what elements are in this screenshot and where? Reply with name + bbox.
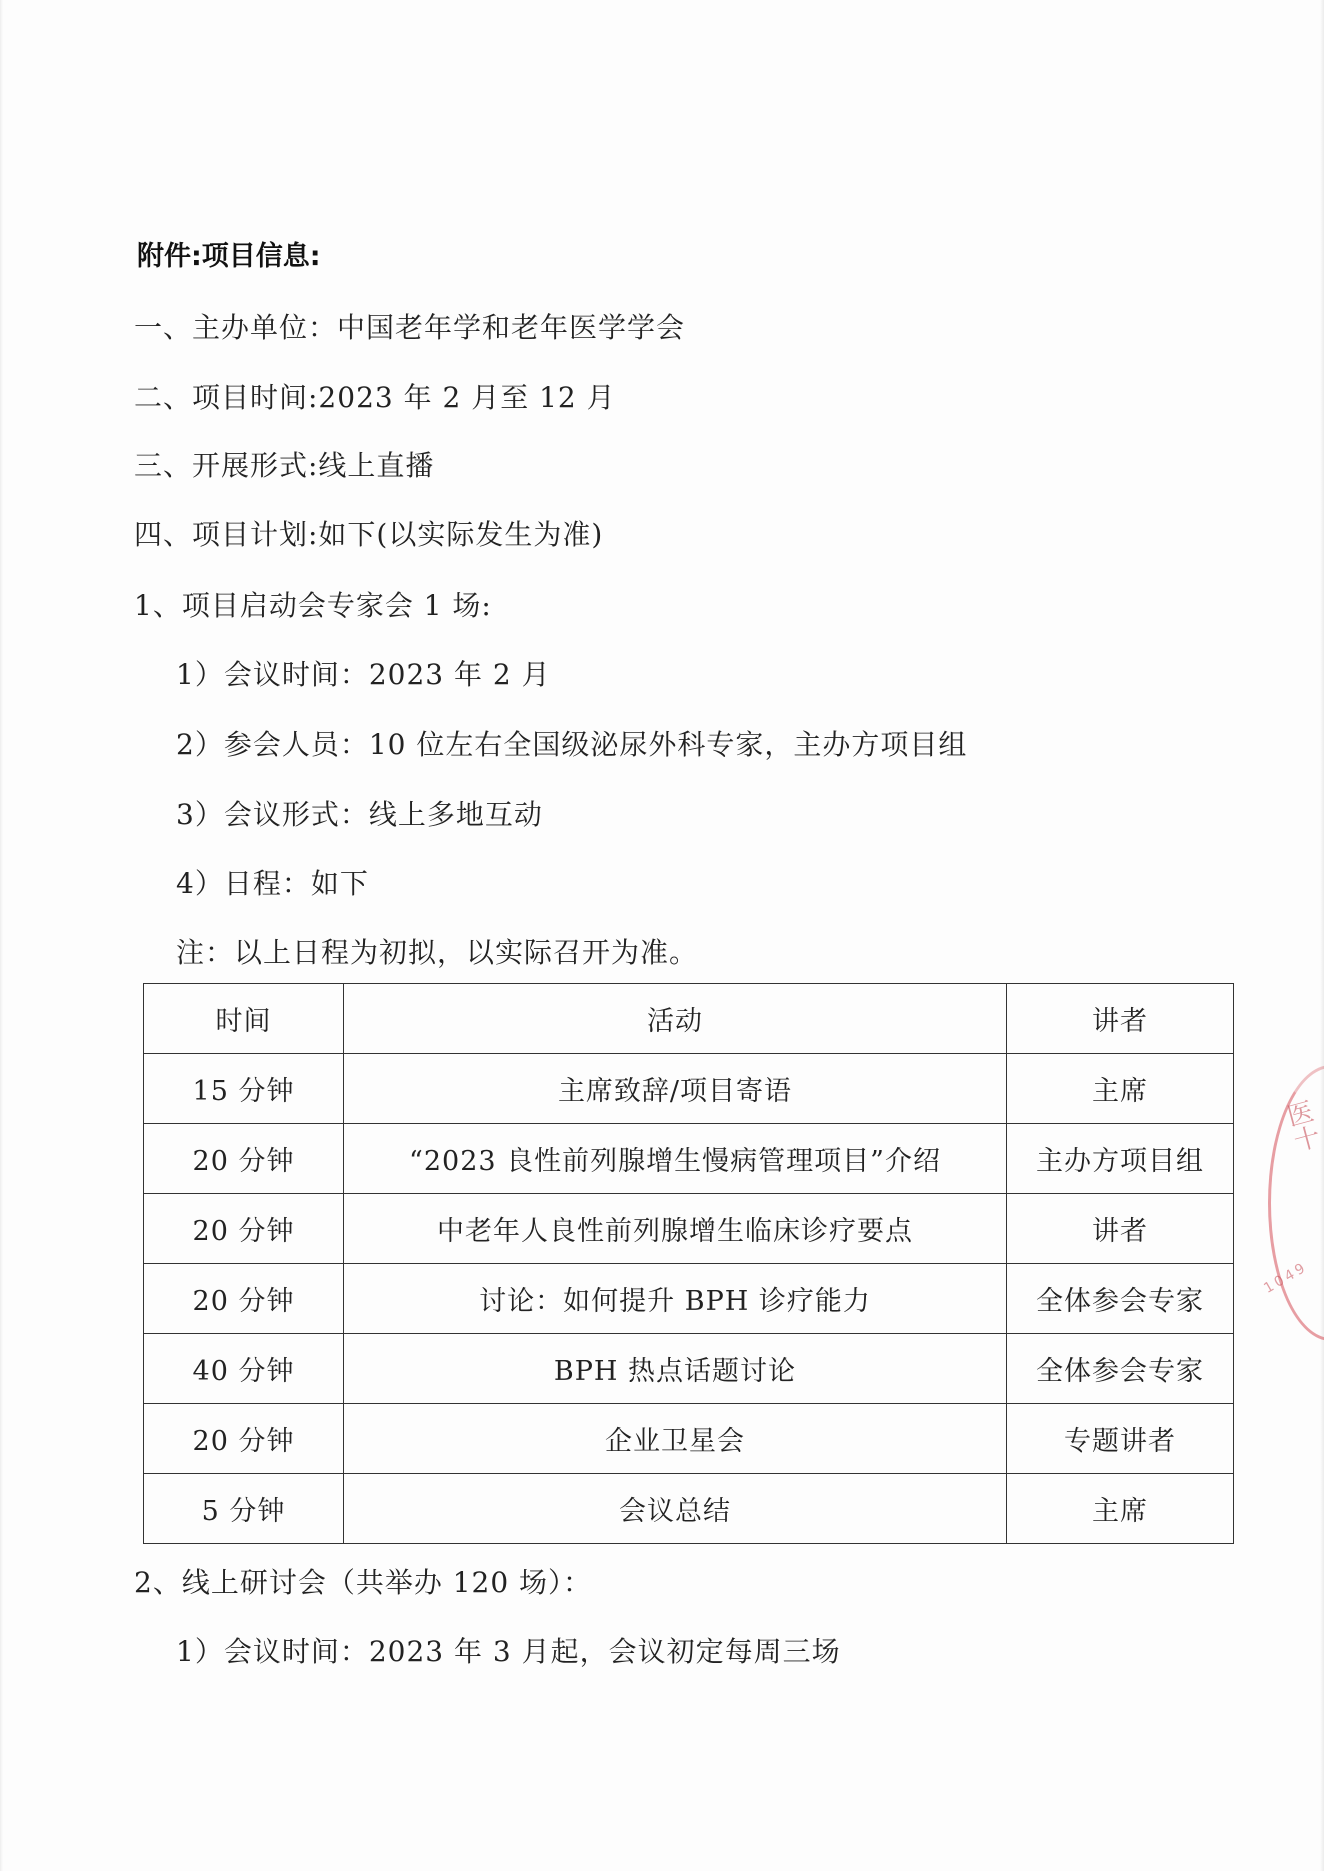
- stamp-text: 医十: [1277, 1096, 1324, 1156]
- table-row: 20 分钟 讨论：如何提升 BPH 诊疗能力 全体参会专家: [144, 1264, 1234, 1334]
- cell-speaker: 专题讲者: [1007, 1404, 1234, 1474]
- kickoff-item-agenda: 4）日程：如下: [176, 866, 369, 902]
- table-row: 20 分钟 “2023 良性前列腺增生慢病管理项目”介绍 主办方项目组: [144, 1124, 1234, 1194]
- cell-time: 40 分钟: [144, 1334, 344, 1404]
- schedule-table: 时间 活动 讲者 15 分钟 主席致辞/项目寄语 主席 20 分钟 “2023 …: [143, 983, 1234, 1544]
- section-period: 二、项目时间:2023 年 2 月至 12 月: [134, 380, 616, 416]
- section-plan: 四、项目计划:如下(以实际发生为准): [134, 517, 603, 553]
- cell-time: 20 分钟: [144, 1264, 344, 1334]
- cell-activity: 主席致辞/项目寄语: [344, 1054, 1007, 1124]
- cell-time: 5 分钟: [144, 1474, 344, 1544]
- document-title: 附件:项目信息:: [137, 239, 321, 275]
- table-row: 20 分钟 企业卫星会 专题讲者: [144, 1404, 1234, 1474]
- kickoff-item-participants: 2）参会人员：10 位左右全国级泌尿外科专家，主办方项目组: [176, 727, 967, 763]
- table-header-row: 时间 活动 讲者: [144, 984, 1234, 1054]
- cell-speaker: 讲者: [1007, 1194, 1234, 1264]
- cell-speaker: 全体参会专家: [1007, 1264, 1234, 1334]
- kickoff-item-time: 1）会议时间：2023 年 2 月: [176, 657, 551, 693]
- cell-speaker: 主办方项目组: [1007, 1124, 1234, 1194]
- cell-activity: “2023 良性前列腺增生慢病管理项目”介绍: [344, 1124, 1007, 1194]
- cell-activity: 会议总结: [344, 1474, 1007, 1544]
- cell-time: 20 分钟: [144, 1404, 344, 1474]
- page-edge-right: [1320, 0, 1324, 1871]
- seminars-item-time: 1）会议时间：2023 年 3 月起，会议初定每周三场: [176, 1634, 841, 1670]
- cell-activity: 企业卫星会: [344, 1404, 1007, 1474]
- section-format: 三、开展形式:线上直播: [134, 448, 434, 484]
- cell-activity: 讨论：如何提升 BPH 诊疗能力: [344, 1264, 1007, 1334]
- cell-activity: 中老年人良性前列腺增生临床诊疗要点: [344, 1194, 1007, 1264]
- stamp-digits: 1049: [1261, 1259, 1310, 1297]
- table-row: 15 分钟 主席致辞/项目寄语 主席: [144, 1054, 1234, 1124]
- cell-time: 15 分钟: [144, 1054, 344, 1124]
- cell-activity: BPH 热点话题讨论: [344, 1334, 1007, 1404]
- table-row: 5 分钟 会议总结 主席: [144, 1474, 1234, 1544]
- cell-speaker: 主席: [1007, 1054, 1234, 1124]
- cell-time: 20 分钟: [144, 1194, 344, 1264]
- page-edge-left: [0, 0, 3, 1871]
- cell-speaker: 主席: [1007, 1474, 1234, 1544]
- kickoff-note: 注：以上日程为初拟，以实际召开为准。: [176, 935, 698, 971]
- table-row: 20 分钟 中老年人良性前列腺增生临床诊疗要点 讲者: [144, 1194, 1234, 1264]
- header-speaker: 讲者: [1007, 984, 1234, 1054]
- cell-time: 20 分钟: [144, 1124, 344, 1194]
- section-organizer: 一、主办单位：中国老年学和老年医学学会: [134, 310, 685, 346]
- seminars-heading: 2、线上研讨会（共举办 120 场）：: [134, 1565, 592, 1601]
- kickoff-heading: 1、项目启动会专家会 1 场:: [134, 588, 492, 624]
- kickoff-item-format: 3）会议形式：线上多地互动: [176, 797, 543, 833]
- cell-speaker: 全体参会专家: [1007, 1334, 1234, 1404]
- header-activity: 活动: [344, 984, 1007, 1054]
- header-time: 时间: [144, 984, 344, 1054]
- table-row: 40 分钟 BPH 热点话题讨论 全体参会专家: [144, 1334, 1234, 1404]
